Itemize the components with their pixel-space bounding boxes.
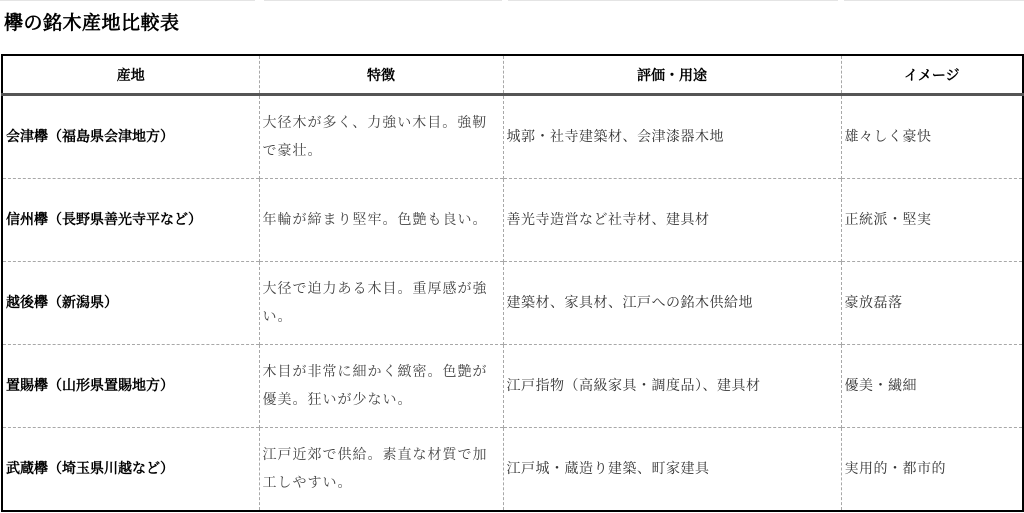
gridline [844,0,1024,1]
cell-usage[interactable]: 善光寺造営など社寺材、建具材 [503,179,841,262]
comparison-table: 産地 特徴 評価・用途 イメージ 会津欅（福島県会津地方） 大径木が多く、力強い… [1,54,1024,512]
cell-image[interactable]: 優美・繊細 [841,345,1023,428]
cell-feature[interactable]: 江戸近郊で供給。素直な材質で加工しやすい。 [259,428,503,512]
cell-origin[interactable]: 信州欅（長野県善光寺平など） [2,179,259,262]
gridline [508,0,838,1]
cell-origin[interactable]: 会津欅（福島県会津地方） [2,95,259,179]
cell-usage[interactable]: 建築材、家具材、江戸への銘木供給地 [503,262,841,345]
cell-origin[interactable]: 置賜欅（山形県置賜地方） [2,345,259,428]
cell-feature[interactable]: 大径木が多く、力強い木目。強靭で豪壮。 [259,95,503,179]
header-usage[interactable]: 評価・用途 [503,55,841,95]
header-image[interactable]: イメージ [841,55,1023,95]
gridline [0,0,255,1]
cell-usage[interactable]: 江戸指物（高級家具・調度品）、建具材 [503,345,841,428]
header-row: 産地 特徴 評価・用途 イメージ [2,55,1023,95]
table-row: 越後欅（新潟県） 大径で迫力ある木目。重厚感が強い。 建築材、家具材、江戸への銘… [2,262,1023,345]
cell-usage[interactable]: 江戸城・蔵造り建築、町家建具 [503,428,841,512]
spreadsheet-sheet: 欅の銘木産地比較表 産地 特徴 評価・用途 イメージ 会津欅（福島県会津地方） … [0,0,1024,513]
cell-image[interactable]: 正統派・堅実 [841,179,1023,262]
cell-feature[interactable]: 大径で迫力ある木目。重厚感が強い。 [259,262,503,345]
cell-feature[interactable]: 年輪が締まり堅牢。色艶も良い。 [259,179,503,262]
cell-usage[interactable]: 城郭・社寺建築材、会津漆器木地 [503,95,841,179]
table-row: 武蔵欅（埼玉県川越など） 江戸近郊で供給。素直な材質で加工しやすい。 江戸城・蔵… [2,428,1023,512]
cell-image[interactable]: 豪放磊落 [841,262,1023,345]
cell-origin[interactable]: 武蔵欅（埼玉県川越など） [2,428,259,512]
table-row: 置賜欅（山形県置賜地方） 木目が非常に細かく緻密。色艶が優美。狂いが少ない。 江… [2,345,1023,428]
gridline [264,0,502,1]
cell-image[interactable]: 実用的・都市的 [841,428,1023,512]
cell-image[interactable]: 雄々しく豪快 [841,95,1023,179]
header-feature[interactable]: 特徴 [259,55,503,95]
header-origin[interactable]: 産地 [2,55,259,95]
sheet-title[interactable]: 欅の銘木産地比較表 [4,8,180,35]
table-row: 信州欅（長野県善光寺平など） 年輪が締まり堅牢。色艶も良い。 善光寺造営など社寺… [2,179,1023,262]
cell-origin[interactable]: 越後欅（新潟県） [2,262,259,345]
table-row: 会津欅（福島県会津地方） 大径木が多く、力強い木目。強靭で豪壮。 城郭・社寺建築… [2,95,1023,179]
cell-feature[interactable]: 木目が非常に細かく緻密。色艶が優美。狂いが少ない。 [259,345,503,428]
